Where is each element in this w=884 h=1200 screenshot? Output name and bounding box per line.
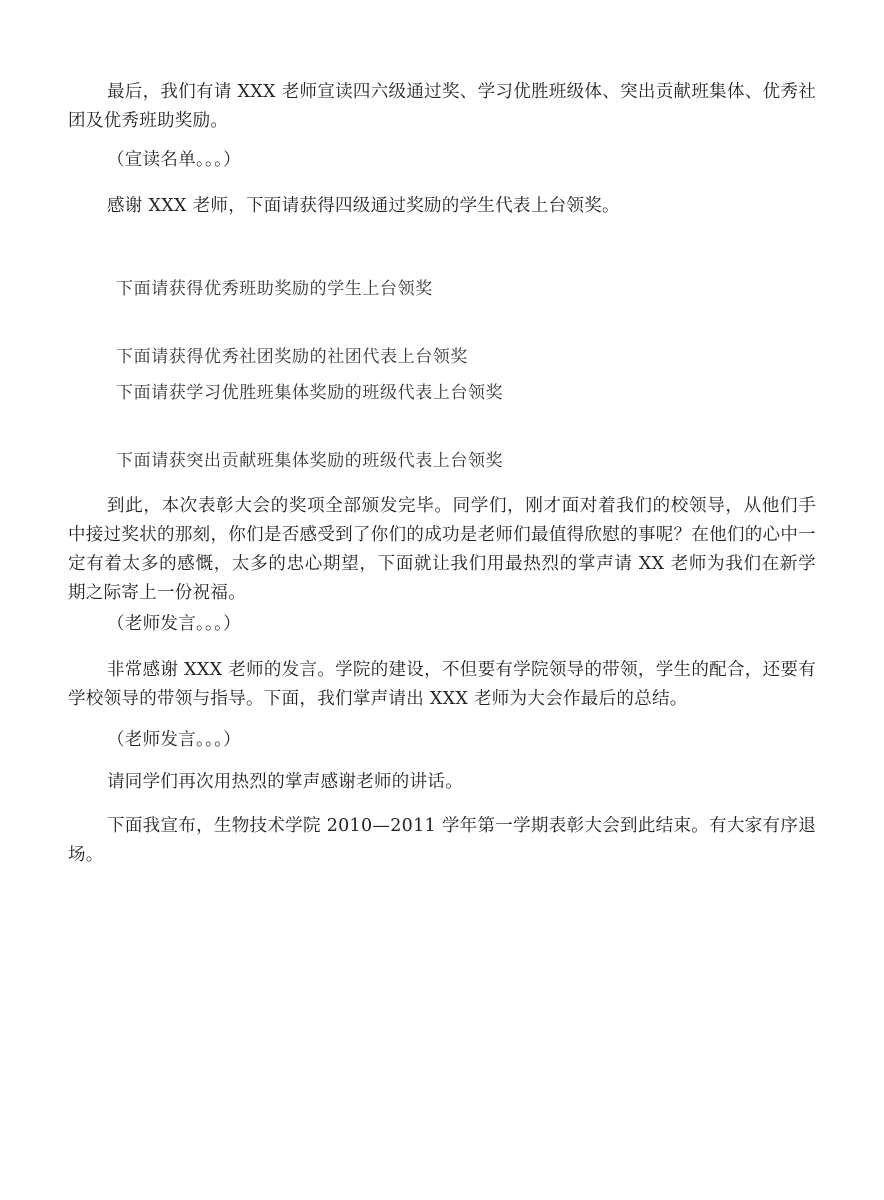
paragraph-club-award: 下面请获得优秀社团奖励的社团代表上台领奖 bbox=[116, 343, 864, 372]
paragraph-read-list: （宣读名单。。。） bbox=[68, 146, 816, 175]
paragraph-contribution-class-award: 下面请获突出贡献班集体奖励的班级代表上台领奖 bbox=[116, 447, 864, 476]
paragraph-awards-complete: 到此，本次表彰大会的奖项全部颁发完毕。同学们，刚才面对着我们的校领导，从他们手中… bbox=[68, 492, 816, 608]
paragraph-cet4-award: 感谢 XXX 老师，下面请获得四级通过奖励的学生代表上台领奖。 bbox=[68, 192, 816, 221]
paragraph-intro-awards: 最后，我们有请 XXX 老师宣读四六级通过奖、学习优胜班级体、突出贡献班集体、优… bbox=[68, 78, 816, 136]
paragraph-teacher-speech-2: （老师发言。。。） bbox=[68, 726, 816, 755]
paragraph-study-class-award: 下面请获学习优胜班集体奖励的班级代表上台领奖 bbox=[116, 379, 864, 408]
paragraph-thanks-speech: 非常感谢 XXX 老师的发言。学院的建设，不但要有学院领导的带领，学生的配合，还… bbox=[68, 656, 816, 714]
paragraph-applause: 请同学们再次用热烈的掌声感谢老师的讲话。 bbox=[68, 768, 816, 797]
paragraph-closing: 下面我宣布，生物技术学院 2010—2011 学年第一学期表彰大会到此结束。有大… bbox=[68, 812, 816, 870]
paragraph-teacher-speech-1: （老师发言。。。） bbox=[68, 610, 816, 639]
paragraph-class-assistant-award: 下面请获得优秀班助奖励的学生上台领奖 bbox=[116, 275, 864, 304]
